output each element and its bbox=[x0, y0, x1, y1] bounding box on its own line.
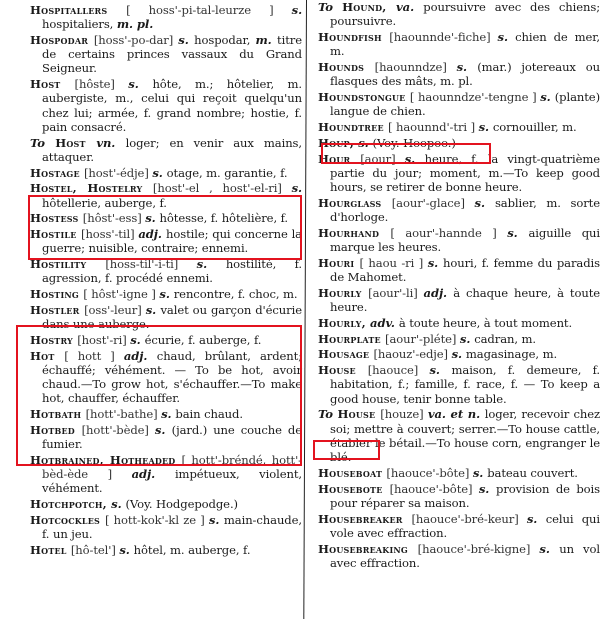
entry-grammar: s. bbox=[292, 3, 302, 17]
entry-grammar: s. bbox=[527, 512, 546, 526]
entry-grammar: adv. bbox=[370, 316, 399, 330]
entry-headword: Hostel, Hostelry bbox=[30, 181, 153, 195]
entry-headword: Hotbrained, Hotheaded bbox=[30, 453, 182, 467]
entry-grammar: s. bbox=[405, 152, 425, 166]
entry-tail-grammar: m. pl. bbox=[117, 17, 153, 31]
dictionary-entry: Host [hôste] s. hôte, m.; hôtelier, m. a… bbox=[30, 77, 302, 134]
entry-definition: bateau couvert. bbox=[487, 466, 578, 480]
entry-definition: hospodar, bbox=[194, 33, 255, 47]
entry-pronunciation: [hôst'-ess] bbox=[83, 211, 145, 225]
entry-headword: Hostile bbox=[30, 227, 81, 241]
entry-grammar: s. bbox=[479, 482, 496, 496]
entry-headword: Hourplate bbox=[318, 332, 385, 346]
entry-definition: hôtel, m. auberge, f. bbox=[134, 543, 251, 557]
entry-headword: Hotbath bbox=[30, 407, 86, 421]
entry-pronunciation: [haouce'-bôte] bbox=[390, 482, 479, 496]
dictionary-entry: Houseboat [haouce'-bôte] s. bateau couve… bbox=[318, 466, 600, 480]
entry-grammar: s. bbox=[429, 363, 451, 377]
dictionary-entry: Houndtree [ haounnd'-tri ] s. cornouille… bbox=[318, 120, 600, 134]
entry-pronunciation: [host'-édje] bbox=[84, 166, 152, 180]
entry-pronunciation: [haouce] bbox=[368, 363, 430, 377]
dictionary-entry: Houndfish [haounnde'-fiche] s. chien de … bbox=[318, 30, 600, 58]
entry-pronunciation: [houze] bbox=[380, 407, 428, 421]
entry-grammar: s. bbox=[145, 211, 159, 225]
entry-headword: Houndfish bbox=[318, 30, 389, 44]
entry-pronunciation: [aour'-glace] bbox=[392, 196, 475, 210]
dictionary-entry: Hounds [haounndze] s. (mar.) jotereaux o… bbox=[318, 60, 600, 88]
right-column: To Hound, va. poursuivre avec des chiens… bbox=[318, 0, 600, 572]
entry-grammar: s. bbox=[209, 513, 224, 527]
entry-pronunciation: [ aour'-hannde ] bbox=[390, 226, 507, 240]
entry-grammar: s. bbox=[539, 542, 559, 556]
entry-headword: Hostler bbox=[30, 303, 84, 317]
entry-grammar: va. bbox=[396, 0, 423, 14]
entry-headword: Hour bbox=[318, 152, 360, 166]
dictionary-entry: Housebreaking [haouce'-bré-kigne] s. un … bbox=[318, 542, 600, 570]
entry-tail-grammar: m. bbox=[255, 33, 277, 47]
entry-pronunciation: [ haounndze'-tengne ] bbox=[410, 90, 540, 104]
dictionary-entry: Housebreaker [haouce'-bré-keur] s. celui… bbox=[318, 512, 600, 540]
entry-grammar: s. bbox=[111, 497, 125, 511]
dictionary-entry: Housebote [haouce'-bôte] s. provision de… bbox=[318, 482, 600, 510]
entry-grammar: s. bbox=[540, 90, 554, 104]
left-column: Hospitallers [ hoss'-pi-tal-leurze ] s. … bbox=[30, 3, 302, 559]
dictionary-entry: Hotbed [hott'-bède] s. (jard.) une couch… bbox=[30, 423, 302, 451]
column-divider bbox=[303, 0, 307, 619]
entry-pronunciation: [aour'-li] bbox=[368, 286, 423, 300]
entry-headword: Hostry bbox=[30, 333, 77, 347]
dictionary-entry: Houndstongue [ haounndze'-tengne ] s. (p… bbox=[318, 90, 600, 118]
entry-headword: Hotbed bbox=[30, 423, 82, 437]
entry-pronunciation: [host'-ri] bbox=[77, 333, 130, 347]
dictionary-entry: Hotchpotch, s. (Voy. Hodgepodge.) bbox=[30, 497, 302, 511]
entry-definition: rencontre, f. choc, m. bbox=[174, 287, 298, 301]
entry-headword: Hosting bbox=[30, 287, 83, 301]
entry-pronunciation: [haouce'-bré-keur] bbox=[411, 512, 526, 526]
dictionary-entry: Hourplate [aour'-pléte] s. cadran, m. bbox=[318, 332, 600, 346]
entry-headword: Housebote bbox=[318, 482, 390, 496]
entry-definition: (Voy. Hodgepodge.) bbox=[125, 497, 238, 511]
entry-grammar: va. et n. bbox=[428, 407, 485, 421]
entry-grammar: s. bbox=[473, 466, 487, 480]
entry-pronunciation: [oss'-leur] bbox=[84, 303, 146, 317]
entry-prefix: To bbox=[318, 407, 338, 421]
entry-grammar: s. bbox=[119, 543, 133, 557]
entry-headword: Hostility bbox=[30, 257, 105, 271]
entry-grammar: adj. bbox=[138, 227, 166, 241]
entry-prefix: To bbox=[318, 0, 342, 14]
dictionary-entry: Hotel [hô-tel'] s. hôtel, m. auberge, f. bbox=[30, 543, 302, 557]
entry-definition: otage, m. garantie, f. bbox=[167, 166, 288, 180]
dictionary-entry: House [haouce] s. maison, f. demeure, f.… bbox=[318, 363, 600, 406]
dictionary-entry: Hosting [ hôst'-igne ] s. rencontre, f. … bbox=[30, 287, 302, 301]
entry-grammar: s. bbox=[475, 196, 495, 210]
entry-pronunciation: [ hott-kok'-kl ze ] bbox=[105, 513, 209, 527]
entry-pronunciation: [aour'-pléte] bbox=[385, 332, 460, 346]
dictionary-entry: Hospodar [hoss'-po-dar] s. hospodar, m. … bbox=[30, 33, 302, 76]
entry-grammar: adj. bbox=[132, 467, 175, 481]
entry-headword: Hourly bbox=[318, 286, 368, 300]
dictionary-entry: Hour [aour] s. heure, f. la vingt-quatri… bbox=[318, 152, 600, 195]
entry-headword: Houndtree bbox=[318, 120, 388, 134]
entry-grammar: adj. bbox=[424, 286, 454, 300]
dictionary-entry: Hotbrained, Hotheaded [ hott'-bréndé, ho… bbox=[30, 453, 302, 496]
dictionary-entry: Houp, s. (Voy. Hoopoo.) bbox=[318, 136, 600, 150]
entry-grammar: s. bbox=[498, 30, 516, 44]
entry-pronunciation: [haouce'-bré-kigne] bbox=[418, 542, 540, 556]
entry-grammar: s. bbox=[128, 77, 152, 91]
entry-headword: Hourglass bbox=[318, 196, 392, 210]
entry-grammar: adj. bbox=[124, 349, 157, 363]
entry-pronunciation: [hoss'-po-dar] bbox=[94, 33, 178, 47]
entry-pronunciation: [ haounnd'-tri ] bbox=[388, 120, 479, 134]
entry-pronunciation: [ hoss'-pi-tal-leurze ] bbox=[126, 3, 292, 17]
entry-headword: Hotcockles bbox=[30, 513, 105, 527]
entry-headword: Hourly, bbox=[318, 316, 370, 330]
entry-definition: cornouiller, m. bbox=[493, 120, 577, 134]
entry-grammar: s. bbox=[460, 332, 474, 346]
entry-headword: Hospitallers bbox=[30, 3, 126, 17]
entry-headword: Hostage bbox=[30, 166, 84, 180]
entry-pronunciation: [haouce'-bôte] bbox=[386, 466, 472, 480]
entry-grammar: s. bbox=[130, 333, 144, 347]
dictionary-entry: Hot [ hott ] adj. chaud, brûlant, ardent… bbox=[30, 349, 302, 406]
entry-grammar: s. bbox=[292, 181, 302, 195]
entry-headword: House bbox=[318, 363, 368, 377]
dictionary-entry: Hotbath [hott'-bathe] s. bain chaud. bbox=[30, 407, 302, 421]
entry-headword: Hounds bbox=[318, 60, 375, 74]
entry-headword: Houri bbox=[318, 256, 359, 270]
entry-pronunciation: [hott'-bathe] bbox=[86, 407, 162, 421]
entry-headword: Houndstongue bbox=[318, 90, 410, 104]
entry-grammar: s. bbox=[428, 256, 443, 270]
entry-pronunciation: [aour] bbox=[360, 152, 405, 166]
entry-grammar: s. bbox=[358, 136, 372, 150]
dictionary-entry: Hourhand [ aour'-hannde ] s. aiguille qu… bbox=[318, 226, 600, 254]
entry-headword: Housebreaker bbox=[318, 512, 411, 526]
entry-grammar: s. bbox=[457, 60, 478, 74]
entry-grammar: s. bbox=[152, 166, 166, 180]
entry-headword: Host bbox=[30, 77, 75, 91]
dictionary-entry: Hourglass [aour'-glace] s. sablier, m. s… bbox=[318, 196, 600, 224]
entry-pronunciation: [haounnde'-fiche] bbox=[389, 30, 497, 44]
entry-headword: Houseboat bbox=[318, 466, 386, 480]
entry-grammar: s. bbox=[159, 287, 173, 301]
entry-definition: cadran, m. bbox=[474, 332, 536, 346]
entry-headword: Housebreaking bbox=[318, 542, 418, 556]
entry-grammar: s. bbox=[452, 347, 466, 361]
entry-grammar: s. bbox=[507, 226, 528, 240]
dictionary-entry: Hostile [hoss'-til] adj. hostile; qui co… bbox=[30, 227, 302, 255]
entry-definition: (Voy. Hoopoo.) bbox=[373, 136, 456, 150]
entry-prefix: To bbox=[30, 136, 55, 150]
entry-definition: écurie, f. auberge, f. bbox=[145, 333, 262, 347]
entry-headword: House bbox=[338, 407, 381, 421]
entry-definition: à toute heure, à tout moment. bbox=[399, 316, 572, 330]
entry-grammar: s. bbox=[146, 303, 161, 317]
dictionary-entry: Hostel, Hostelry [host'-el , host'-el-ri… bbox=[30, 181, 302, 209]
entry-pronunciation: [ hôst'-igne ] bbox=[83, 287, 159, 301]
entry-grammar: s. bbox=[178, 33, 194, 47]
entry-pronunciation: [hott'-bède] bbox=[82, 423, 155, 437]
dictionary-entry: To House [houze] va. et n. loger, recevo… bbox=[318, 407, 600, 464]
entry-pronunciation: [hô-tel'] bbox=[71, 543, 120, 557]
entry-definition: hôtellerie, auberge, f. bbox=[42, 196, 167, 210]
dictionary-entry: Hostess [hôst'-ess] s. hôtesse, f. hôtel… bbox=[30, 211, 302, 225]
entry-headword: Host bbox=[55, 136, 96, 150]
dictionary-entry: Hourly, adv. à toute heure, à tout momen… bbox=[318, 316, 600, 330]
entry-headword: Hospodar bbox=[30, 33, 94, 47]
dictionary-entry: To Hound, va. poursuivre avec des chiens… bbox=[318, 0, 600, 28]
entry-pronunciation: [haouz'-edje] bbox=[373, 347, 451, 361]
entry-headword: Housage bbox=[318, 347, 373, 361]
dictionary-entry: Hostility [hoss-til'-i-ti] s. hostilité,… bbox=[30, 257, 302, 285]
entry-definition: bain chaud. bbox=[175, 407, 243, 421]
dictionary-entry: Hospitallers [ hoss'-pi-tal-leurze ] s. … bbox=[30, 3, 302, 31]
entry-headword: Hotel bbox=[30, 543, 71, 557]
dictionary-page: Hospitallers [ hoss'-pi-tal-leurze ] s. … bbox=[0, 0, 605, 619]
dictionary-entry: Hourly [aour'-li] adj. à chaque heure, à… bbox=[318, 286, 600, 314]
dictionary-entry: Hostage [host'-édje] s. otage, m. garant… bbox=[30, 166, 302, 180]
entry-pronunciation: [hoss-til'-i-ti] bbox=[105, 257, 196, 271]
dictionary-entry: Houri [ haou -ri ] s. houri, f. femme du… bbox=[318, 256, 600, 284]
entry-headword: Hound, bbox=[342, 0, 396, 14]
dictionary-entry: Hotcockles [ hott-kok'-kl ze ] s. main-c… bbox=[30, 513, 302, 541]
entry-headword: Hotchpotch, bbox=[30, 497, 111, 511]
entry-grammar: vn. bbox=[96, 136, 125, 150]
entry-grammar: s. bbox=[155, 423, 172, 437]
entry-pronunciation: [haounndze] bbox=[375, 60, 457, 74]
entry-headword: Hostess bbox=[30, 211, 83, 225]
entry-headword: Houp, bbox=[318, 136, 358, 150]
entry-grammar: s. bbox=[479, 120, 493, 134]
entry-pronunciation: [hôste] bbox=[75, 77, 129, 91]
entry-definition: hospitaliers, bbox=[42, 17, 117, 31]
dictionary-entry: Hostry [host'-ri] s. écurie, f. auberge,… bbox=[30, 333, 302, 347]
dictionary-entry: Housage [haouz'-edje] s. magasinage, m. bbox=[318, 347, 600, 361]
entry-grammar: s. bbox=[161, 407, 175, 421]
dictionary-entry: Hostler [oss'-leur] s. valet ou garçon d… bbox=[30, 303, 302, 331]
entry-headword: Hot bbox=[30, 349, 64, 363]
entry-pronunciation: [host'-el , host'-el-ri] bbox=[153, 181, 292, 195]
entry-pronunciation: [hoss'-til] bbox=[81, 227, 138, 241]
entry-definition: hôtesse, f. hôtelière, f. bbox=[160, 211, 288, 225]
dictionary-entry: To Host vn. loger; en venir aux mains, a… bbox=[30, 136, 302, 164]
entry-definition: magasinage, m. bbox=[466, 347, 557, 361]
entry-headword: Hourhand bbox=[318, 226, 390, 240]
entry-grammar: s. bbox=[197, 257, 226, 271]
entry-pronunciation: [ hott ] bbox=[64, 349, 124, 363]
entry-pronunciation: [ haou -ri ] bbox=[359, 256, 427, 270]
